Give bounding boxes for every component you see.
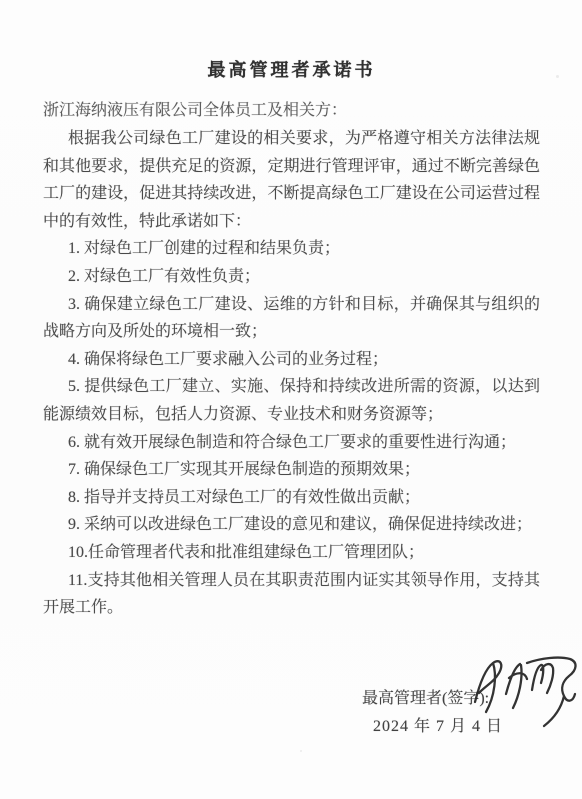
commitment-item: 9. 采纳可以改进绿色工厂建设的意见和建议，确保促进持续改进； <box>43 511 540 539</box>
document-page: 最高管理者承诺书 浙江海纳液压有限公司全体员工及相关方： 根据我公司绿色工厂建设… <box>0 0 582 799</box>
scan-speck <box>225 158 227 160</box>
commitment-item: 10.任命管理者代表和批准组建绿色工厂管理团队； <box>43 539 540 567</box>
salutation-line: 浙江海纳液压有限公司全体员工及相关方： <box>43 97 540 125</box>
signature-date: 2024 年 7 月 4 日 <box>373 713 503 736</box>
commitment-item: 4. 确保将绿色工厂要求融入公司的业务过程； <box>43 346 540 374</box>
commitment-item: 5. 提供绿色工厂建立、实施、保持和持续改进所需的资源，以达到能源绩效目标，包括… <box>43 373 540 428</box>
handwritten-signature-icon <box>470 656 582 733</box>
commitment-item: 8. 指导并支持员工对绿色工厂的有效性做出贡献； <box>43 484 540 512</box>
commitment-item: 1. 对绿色工厂创建的过程和结果负责； <box>43 235 540 263</box>
scan-speck <box>250 440 252 442</box>
scan-speck <box>300 750 302 752</box>
scan-speck <box>556 75 559 78</box>
commitment-item: 2. 对绿色工厂有效性负责； <box>43 263 540 291</box>
document-body: 最高管理者承诺书 浙江海纳液压有限公司全体员工及相关方： 根据我公司绿色工厂建设… <box>43 58 540 622</box>
commitment-list: 1. 对绿色工厂创建的过程和结果负责；2. 对绿色工厂有效性负责；3. 确保建立… <box>43 235 540 621</box>
intro-paragraph: 根据我公司绿色工厂建设的相关要求，为严格遵守相关方法律法规和其他要求，提供充足的… <box>43 125 540 235</box>
commitment-item: 3. 确保建立绿色工厂建设、运维的方针和目标，并确保其与组织的战略方向及所处的环… <box>43 291 540 346</box>
signature-label: 最高管理者(签字): <box>362 685 489 708</box>
commitment-item: 7. 确保绿色工厂实现其开展绿色制造的预期效果； <box>43 456 540 484</box>
commitment-item: 11.支持其他相关管理人员在其职责范围内证实其领导作用，支持其开展工作。 <box>43 567 540 622</box>
document-title: 最高管理者承诺书 <box>43 58 540 82</box>
commitment-item: 6. 就有效开展绿色制造和符合绿色工厂要求的重要性进行沟通； <box>43 429 540 457</box>
